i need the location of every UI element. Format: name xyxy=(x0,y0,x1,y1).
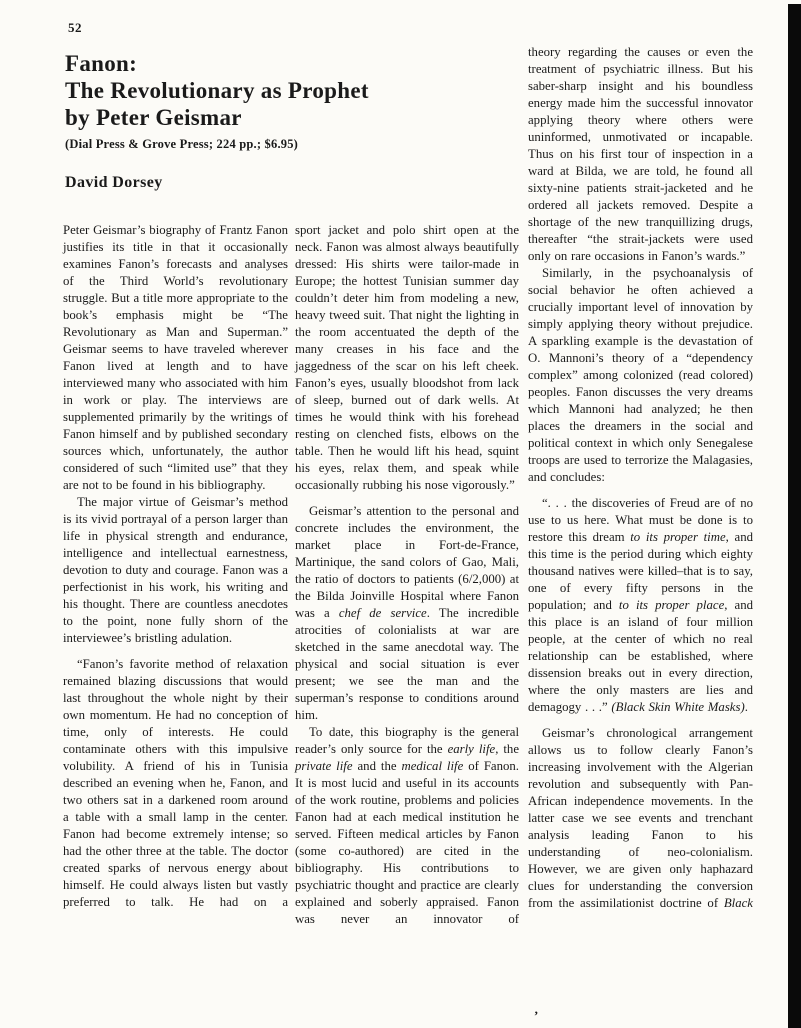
book-title-line-2: The Revolutionary as Prophet xyxy=(65,77,485,104)
reviewer-name: David Dorsey xyxy=(65,174,163,192)
text-segment: “Fanon’s favorite method of relaxation r… xyxy=(63,657,288,909)
scan-artifact-mark: ’ xyxy=(534,1008,538,1024)
body-paragraph: To date, this biography is the general r… xyxy=(295,724,519,928)
page-number: 52 xyxy=(68,20,82,36)
italic-text-segment: chef de service xyxy=(339,606,427,620)
text-column-2: sport jacket and polo shirt open at the … xyxy=(295,222,519,928)
italic-text-segment: (Black Skin White Masks) xyxy=(611,700,744,714)
text-column-1: Peter Geismar’s biography of Frantz Fano… xyxy=(63,222,288,911)
scan-edge-bar xyxy=(788,4,801,1028)
text-segment: Similarly, in the psychoanalysis of soci… xyxy=(528,266,753,484)
text-segment: , the xyxy=(495,742,519,756)
text-segment: The major virtue of Geismar’s method is … xyxy=(63,495,288,645)
text-segment: Peter Geismar’s biography of Frantz Fano… xyxy=(63,223,288,492)
body-paragraph: “. . . the discoveries of Freud are of n… xyxy=(528,495,753,716)
text-column-3: theory regarding the causes or even the … xyxy=(528,44,753,912)
text-segment: Geismar’s chronological arrangement allo… xyxy=(528,726,753,910)
italic-text-segment: early life xyxy=(448,742,496,756)
italic-text-segment: to its proper time xyxy=(630,530,725,544)
body-paragraph: The major virtue of Geismar’s method is … xyxy=(63,494,288,647)
scanned-page: 52 Fanon: The Revolutionary as Prophet b… xyxy=(0,0,801,1028)
book-title-line-1: Fanon: xyxy=(65,50,485,77)
italic-text-segment: medical life xyxy=(401,759,463,773)
body-paragraph: Similarly, in the psychoanalysis of soci… xyxy=(528,265,753,486)
article-header: Fanon: The Revolutionary as Prophet by P… xyxy=(65,50,485,152)
body-paragraph: Geismar’s attention to the personal and … xyxy=(295,503,519,724)
body-paragraph: “Fanon’s favorite method of relaxation r… xyxy=(63,656,288,911)
text-segment: . xyxy=(745,700,748,714)
text-segment: of Fanon. It is most lucid and useful in… xyxy=(295,759,519,926)
italic-text-segment: private life xyxy=(295,759,353,773)
italic-text-segment: Black xyxy=(724,896,753,910)
body-paragraph: theory regarding the causes or even the … xyxy=(528,44,753,265)
publisher-info: (Dial Press & Grove Press; 224 pp.; $6.9… xyxy=(65,137,485,152)
text-segment: and the xyxy=(353,759,402,773)
italic-text-segment: to its proper place xyxy=(619,598,724,612)
text-segment: . The incredible atrocities of coloniali… xyxy=(295,606,519,722)
text-segment: sport jacket and polo shirt open at the … xyxy=(295,223,519,492)
text-segment: theory regarding the causes or even the … xyxy=(528,45,753,263)
text-segment: , and this place is an island of four mi… xyxy=(528,598,753,714)
body-paragraph: sport jacket and polo shirt open at the … xyxy=(295,222,519,494)
text-segment: Geismar’s attention to the personal and … xyxy=(295,504,519,620)
body-paragraph: Peter Geismar’s biography of Frantz Fano… xyxy=(63,222,288,494)
book-title-line-3: by Peter Geismar xyxy=(65,104,485,131)
body-paragraph: Geismar’s chronological arrangement allo… xyxy=(528,725,753,912)
